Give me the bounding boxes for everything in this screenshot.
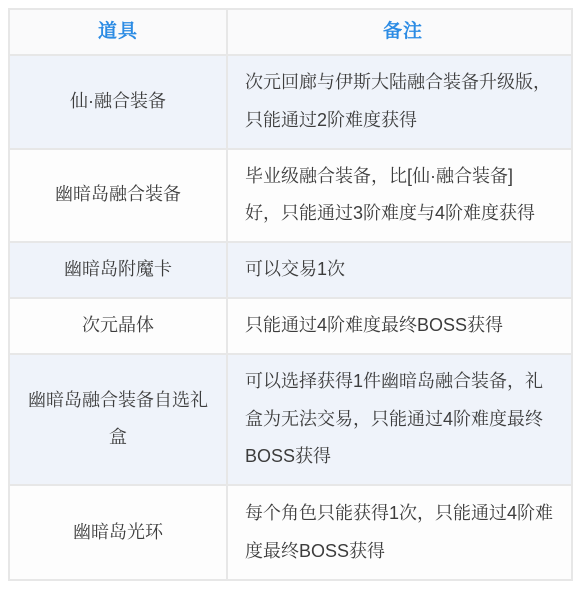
item-text: 幽暗岛融合装备 [55,176,181,214]
table-row: 仙·融合装备 次元回廊与伊斯大陆融合装备升级版， 只能通过2阶难度获得 [10,54,571,148]
table-row: 次元晶体 只能通过4阶难度最终BOSS获得 [10,297,571,353]
note-text: 可以选择获得1件幽暗岛融合装备，礼 盒为无法交易，只能通过4阶难度最终 BOSS… [245,363,543,476]
column-header-note: 备注 [228,10,571,54]
items-remarks-table: 道具 备注 仙·融合装备 次元回廊与伊斯大陆融合装备升级版， 只能通过2阶难度获… [8,8,573,581]
note-cell: 可以选择获得1件幽暗岛融合装备，礼 盒为无法交易，只能通过4阶难度最终 BOSS… [228,355,571,484]
table-row: 幽暗岛光环 每个角色只能获得1次，只能通过4阶难 度最终BOSS获得 [10,484,571,579]
item-text: 幽暗岛光环 [73,514,163,552]
table-row: 幽暗岛附魔卡 可以交易1次 [10,241,571,297]
item-cell: 幽暗岛融合装备 [10,150,228,242]
note-cell: 次元回廊与伊斯大陆融合装备升级版， 只能通过2阶难度获得 [228,56,571,148]
item-cell: 次元晶体 [10,299,228,353]
item-text: 幽暗岛附魔卡 [64,251,172,289]
column-header-item: 道具 [10,10,228,54]
note-cell: 可以交易1次 [228,243,571,297]
note-text: 毕业级融合装备，比[仙·融合装备] 好，只能通过3阶难度与4阶难度获得 [245,158,535,234]
item-cell: 仙·融合装备 [10,56,228,148]
column-header-item-label: 道具 [98,19,138,46]
item-cell: 幽暗岛光环 [10,486,228,579]
note-text: 只能通过4阶难度最终BOSS获得 [245,307,503,345]
table-row: 幽暗岛融合装备 毕业级融合装备，比[仙·融合装备] 好，只能通过3阶难度与4阶难… [10,148,571,242]
item-text: 幽暗岛融合装备自选礼 盒 [28,382,208,458]
item-text: 次元晶体 [82,307,154,345]
note-cell: 每个角色只能获得1次，只能通过4阶难 度最终BOSS获得 [228,486,571,579]
note-cell: 毕业级融合装备，比[仙·融合装备] 好，只能通过3阶难度与4阶难度获得 [228,150,571,242]
note-text: 可以交易1次 [245,251,345,289]
item-cell: 幽暗岛融合装备自选礼 盒 [10,355,228,484]
item-cell: 幽暗岛附魔卡 [10,243,228,297]
note-text: 每个角色只能获得1次，只能通过4阶难 度最终BOSS获得 [245,495,553,571]
table-header-row: 道具 备注 [10,10,571,54]
note-text: 次元回廊与伊斯大陆融合装备升级版， 只能通过2阶难度获得 [245,64,551,140]
note-cell: 只能通过4阶难度最终BOSS获得 [228,299,571,353]
item-text: 仙·融合装备 [70,83,166,121]
table-row: 幽暗岛融合装备自选礼 盒 可以选择获得1件幽暗岛融合装备，礼 盒为无法交易，只能… [10,353,571,484]
column-header-note-label: 备注 [383,19,423,46]
